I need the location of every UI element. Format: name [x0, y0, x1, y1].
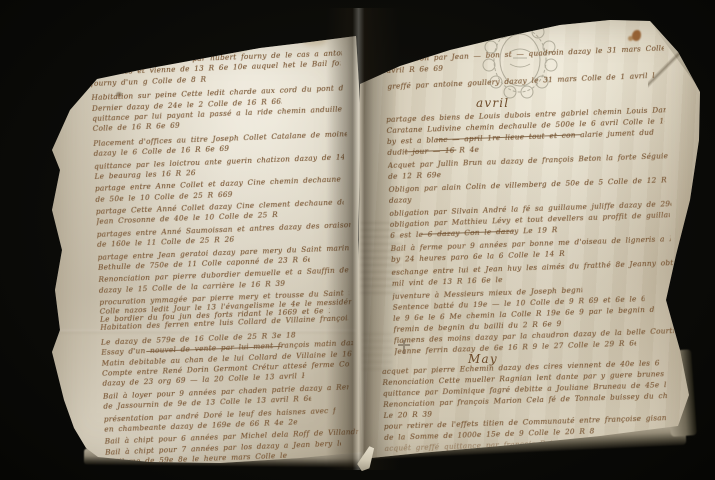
left-page: Mars Bail à ferme passé 13e par hubert f…: [46, 30, 364, 468]
manuscript-line: de 12 R 69e: [388, 169, 446, 182]
right-page-april-entries: partage des biens de Louis dubois entre …: [386, 104, 688, 357]
right-page-paper: greffé Son par Jean — bon st — quadroin …: [356, 14, 708, 466]
left-page-text-column: Bail à ferme passé 13e par hubert fourny…: [90, 48, 369, 468]
manuscript-line: fourny d'un g Colle de 8 R 10e: [91, 74, 209, 89]
paper-stain: [301, 34, 327, 46]
right-page: greffé Son par Jean — bon st — quadroin …: [356, 14, 708, 466]
manuscript-line-text: Le 20 R 39: [383, 409, 432, 420]
month-heading-april: avril: [476, 96, 509, 110]
manuscript-line: Colle de 16 R 6e 69: [93, 121, 185, 135]
right-page-may-entries: acquet par pierre Echemin dazay des cire…: [382, 357, 681, 454]
manuscript-line: avril R 6e 69: [386, 62, 446, 76]
left-page-paper: Mars Bail à ferme passé 13e par hubert f…: [46, 30, 364, 468]
ink-bleedthrough: [362, 330, 392, 370]
manuscript-line-text: dazay: [389, 195, 412, 205]
paper-stain: [216, 38, 250, 53]
manuscript-line-text: de 12 R 69e: [388, 170, 441, 181]
manuscript-line-text: avril R 6e 69: [387, 64, 444, 75]
photograph-background: Mars Bail à ferme passé 13e par hubert f…: [0, 0, 715, 480]
manuscript-line-text: mil vint de 13 R 16 6e le ty: [392, 275, 504, 288]
month-heading-mars: Mars: [146, 36, 183, 51]
manuscript-line-text: fourny d'un g Colle de 8 R 10e: [91, 74, 209, 88]
manuscript-line: dudit jour — 16 R 4e: [387, 144, 483, 158]
right-page-top-entries: greffé Son par Jean — bon st — quadroin …: [386, 42, 679, 92]
manuscript-line-text: Colle de 16 R 6e 69: [93, 121, 181, 133]
manuscript-line: dazay: [389, 194, 419, 206]
heading-flourish: [180, 47, 218, 48]
rust-stain: [632, 30, 641, 41]
